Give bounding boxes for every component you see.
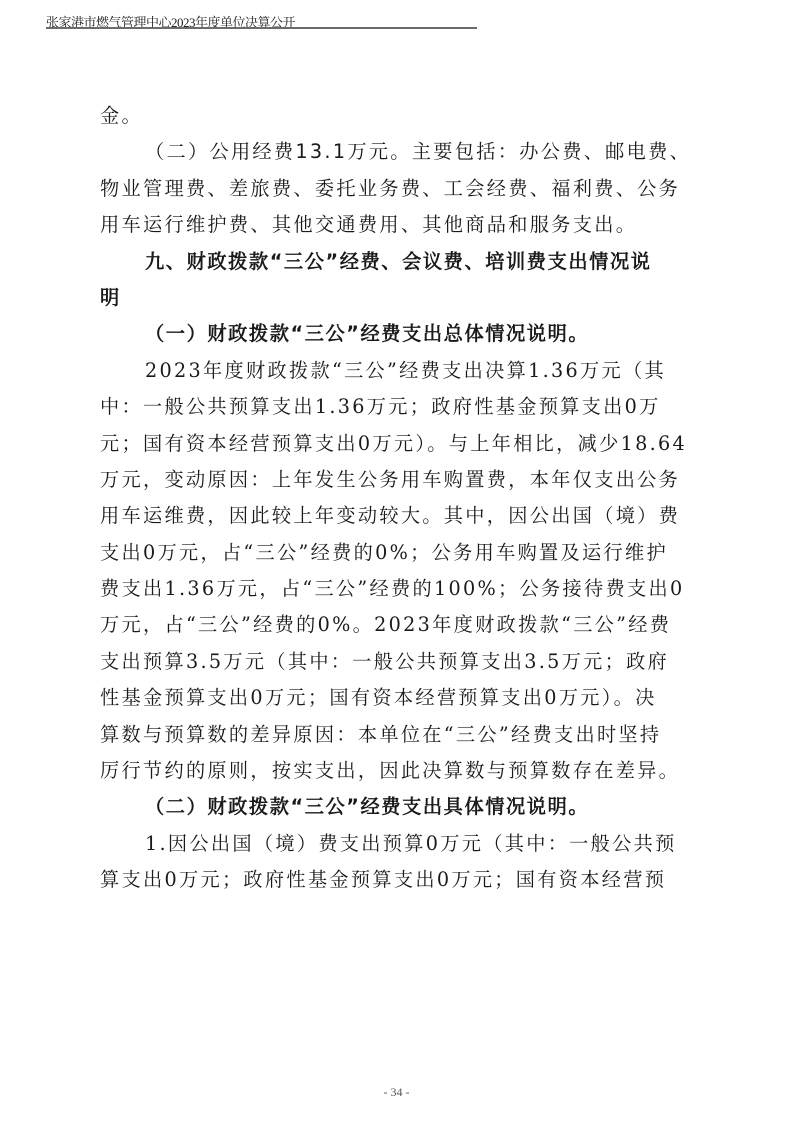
paragraph-line: 万元，占“三公”经费的0%。2023年度财政拨款“三公”经费	[100, 607, 700, 643]
paragraph-line: 算数与预算数的差异原因：本单位在“三公”经费支出时坚持	[100, 717, 700, 753]
paragraph-line: 1.因公出国（境）费支出预算0万元（其中：一般公共预	[100, 826, 700, 862]
paragraph-line: 用车运维费，因此较上年变动较大。其中，因公出国（境）费	[100, 498, 700, 534]
paragraph-line: 物业管理费、差旅费、委托业务费、工会经费、福利费、公务	[100, 171, 700, 207]
paragraph-line: 金。	[100, 98, 700, 134]
paragraph-line: 算支出0万元；政府性基金预算支出0万元；国有资本经营预	[100, 862, 700, 898]
section-heading-9: 九、财政拨款“三公”经费、会议费、培训费支出情况说	[100, 244, 700, 280]
section-heading-9-continued: 明	[100, 280, 700, 316]
paragraph-line: 性基金预算支出0万元；国有资本经营预算支出0万元）。决	[100, 680, 700, 716]
subsection-heading-1: （一）财政拨款“三公”经费支出总体情况说明。	[100, 316, 700, 352]
document-body: 金。 （二）公用经费13.1万元。主要包括：办公费、邮电费、 物业管理费、差旅费…	[100, 98, 700, 899]
paragraph-line: 2023年度财政拨款“三公”经费支出决算1.36万元（其	[100, 353, 700, 389]
subsection-heading-2: （二）财政拨款“三公”经费支出具体情况说明。	[100, 789, 700, 825]
paragraph-line: 用车运行维护费、其他交通费用、其他商品和服务支出。	[100, 207, 700, 243]
paragraph-line: 中：一般公共预算支出1.36万元；政府性基金预算支出0万	[100, 389, 700, 425]
page-number: - 34 -	[0, 1085, 793, 1100]
paragraph-line: 元；国有资本经营预算支出0万元）。与上年相比，减少18.64	[100, 426, 700, 462]
header-divider	[46, 27, 477, 29]
paragraph-line: （二）公用经费13.1万元。主要包括：办公费、邮电费、	[100, 134, 700, 170]
paragraph-line: 支出0万元，占“三公”经费的0%；公务用车购置及运行维护	[100, 535, 700, 571]
paragraph-line: 万元，变动原因：上年发生公务用车购置费，本年仅支出公务	[100, 462, 700, 498]
paragraph-line: 厉行节约的原则，按实支出，因此决算数与预算数存在差异。	[100, 753, 700, 789]
paragraph-line: 费支出1.36万元，占“三公”经费的100%；公务接待费支出0	[100, 571, 700, 607]
paragraph-line: 支出预算3.5万元（其中：一般公共预算支出3.5万元；政府	[100, 644, 700, 680]
